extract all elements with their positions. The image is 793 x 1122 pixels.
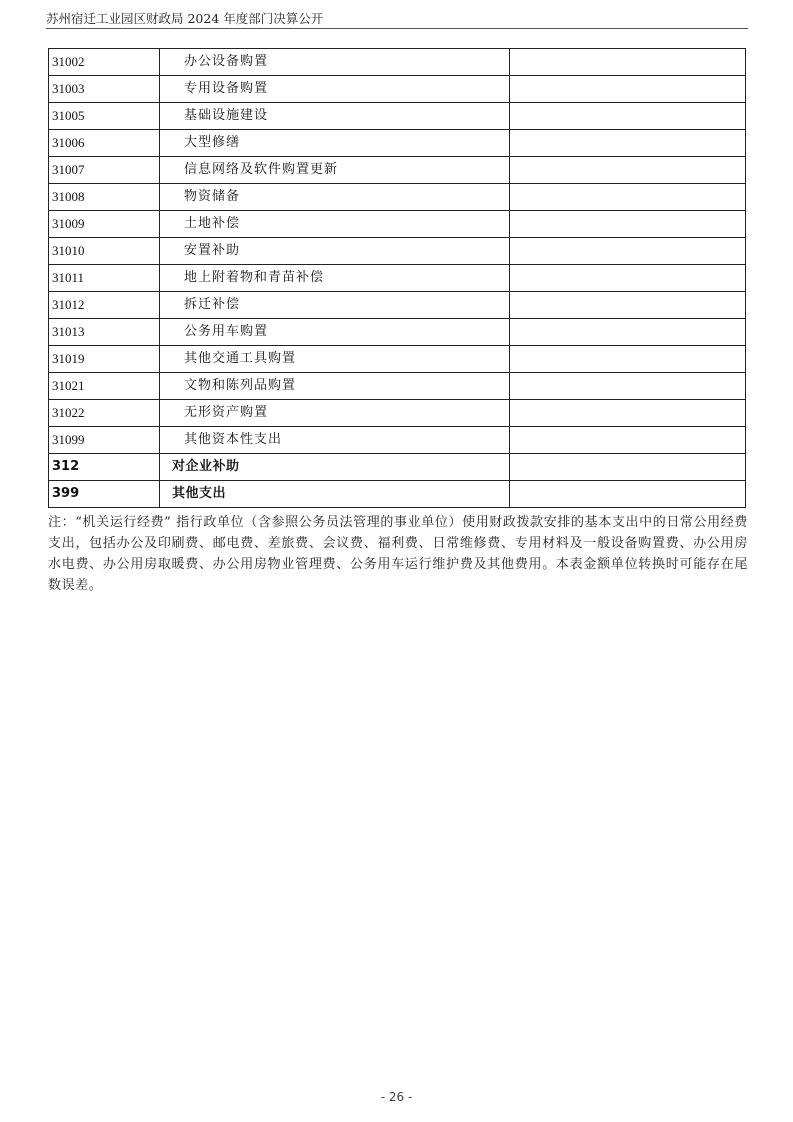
row-amount (510, 130, 746, 157)
table-row: 31007 信息网络及软件购置更新 (49, 157, 746, 184)
row-amount (510, 346, 746, 373)
row-code: 31002 (49, 49, 160, 76)
row-name: 物资储备 (160, 184, 510, 211)
row-amount (510, 157, 746, 184)
row-name: 公务用车购置 (160, 319, 510, 346)
row-name: 专用设备购置 (160, 76, 510, 103)
table-row: 31011 地上附着物和青苗补偿 (49, 265, 746, 292)
row-name: 其他资本性支出 (160, 427, 510, 454)
row-amount (510, 265, 746, 292)
row-name: 无形资产购置 (160, 400, 510, 427)
row-amount (510, 292, 746, 319)
table-row: 31019 其他交通工具购置 (49, 346, 746, 373)
row-code: 31006 (49, 130, 160, 157)
row-name: 信息网络及软件购置更新 (160, 157, 510, 184)
table-row: 31009 土地补偿 (49, 211, 746, 238)
row-name: 其他支出 (160, 481, 510, 508)
row-name: 其他交通工具购置 (160, 346, 510, 373)
table-row: 31003 专用设备购置 (49, 76, 746, 103)
row-code: 31007 (49, 157, 160, 184)
row-code: 31003 (49, 76, 160, 103)
row-code: 31012 (49, 292, 160, 319)
row-code: 31005 (49, 103, 160, 130)
table-row: 31005 基础设施建设 (49, 103, 746, 130)
page-number: - 26 - (0, 1090, 793, 1104)
row-name: 办公设备购置 (160, 49, 510, 76)
row-code: 31019 (49, 346, 160, 373)
table-row-category: 399 其他支出 (49, 481, 746, 508)
table-row: 31002 办公设备购置 (49, 49, 746, 76)
row-code: 31021 (49, 373, 160, 400)
row-code: 31013 (49, 319, 160, 346)
table-row: 31008 物资储备 (49, 184, 746, 211)
row-name: 文物和陈列品购置 (160, 373, 510, 400)
table-row: 31013 公务用车购置 (49, 319, 746, 346)
row-code: 312 (49, 454, 160, 481)
row-amount (510, 319, 746, 346)
row-amount (510, 373, 746, 400)
row-amount (510, 238, 746, 265)
table-footnote: 注：“机关运行经费” 指行政单位（含参照公务员法管理的事业单位）使用财政拨款安排… (48, 512, 748, 596)
row-amount (510, 103, 746, 130)
table-row: 31099 其他资本性支出 (49, 427, 746, 454)
row-amount (510, 400, 746, 427)
row-name: 拆迁补偿 (160, 292, 510, 319)
row-code: 31022 (49, 400, 160, 427)
row-amount (510, 211, 746, 238)
row-code: 31008 (49, 184, 160, 211)
expenditure-table: 31002 办公设备购置 31003 专用设备购置 31005 基础设施建设 3… (48, 48, 746, 508)
document-header: 苏州宿迁工业园区财政局 2024 年度部门决算公开 (46, 10, 748, 29)
row-code: 399 (49, 481, 160, 508)
row-amount (510, 481, 746, 508)
row-name: 土地补偿 (160, 211, 510, 238)
table-row: 31012 拆迁补偿 (49, 292, 746, 319)
row-code: 31011 (49, 265, 160, 292)
table-row: 31021 文物和陈列品购置 (49, 373, 746, 400)
row-code: 31099 (49, 427, 160, 454)
table-row: 31022 无形资产购置 (49, 400, 746, 427)
row-code: 31010 (49, 238, 160, 265)
row-name: 对企业补助 (160, 454, 510, 481)
row-amount (510, 184, 746, 211)
row-name: 安置补助 (160, 238, 510, 265)
row-name: 大型修缮 (160, 130, 510, 157)
row-name: 地上附着物和青苗补偿 (160, 265, 510, 292)
row-amount (510, 49, 746, 76)
table-row-category: 312 对企业补助 (49, 454, 746, 481)
row-code: 31009 (49, 211, 160, 238)
row-amount (510, 427, 746, 454)
row-amount (510, 76, 746, 103)
row-amount (510, 454, 746, 481)
row-name: 基础设施建设 (160, 103, 510, 130)
table-row: 31006 大型修缮 (49, 130, 746, 157)
table-row: 31010 安置补助 (49, 238, 746, 265)
